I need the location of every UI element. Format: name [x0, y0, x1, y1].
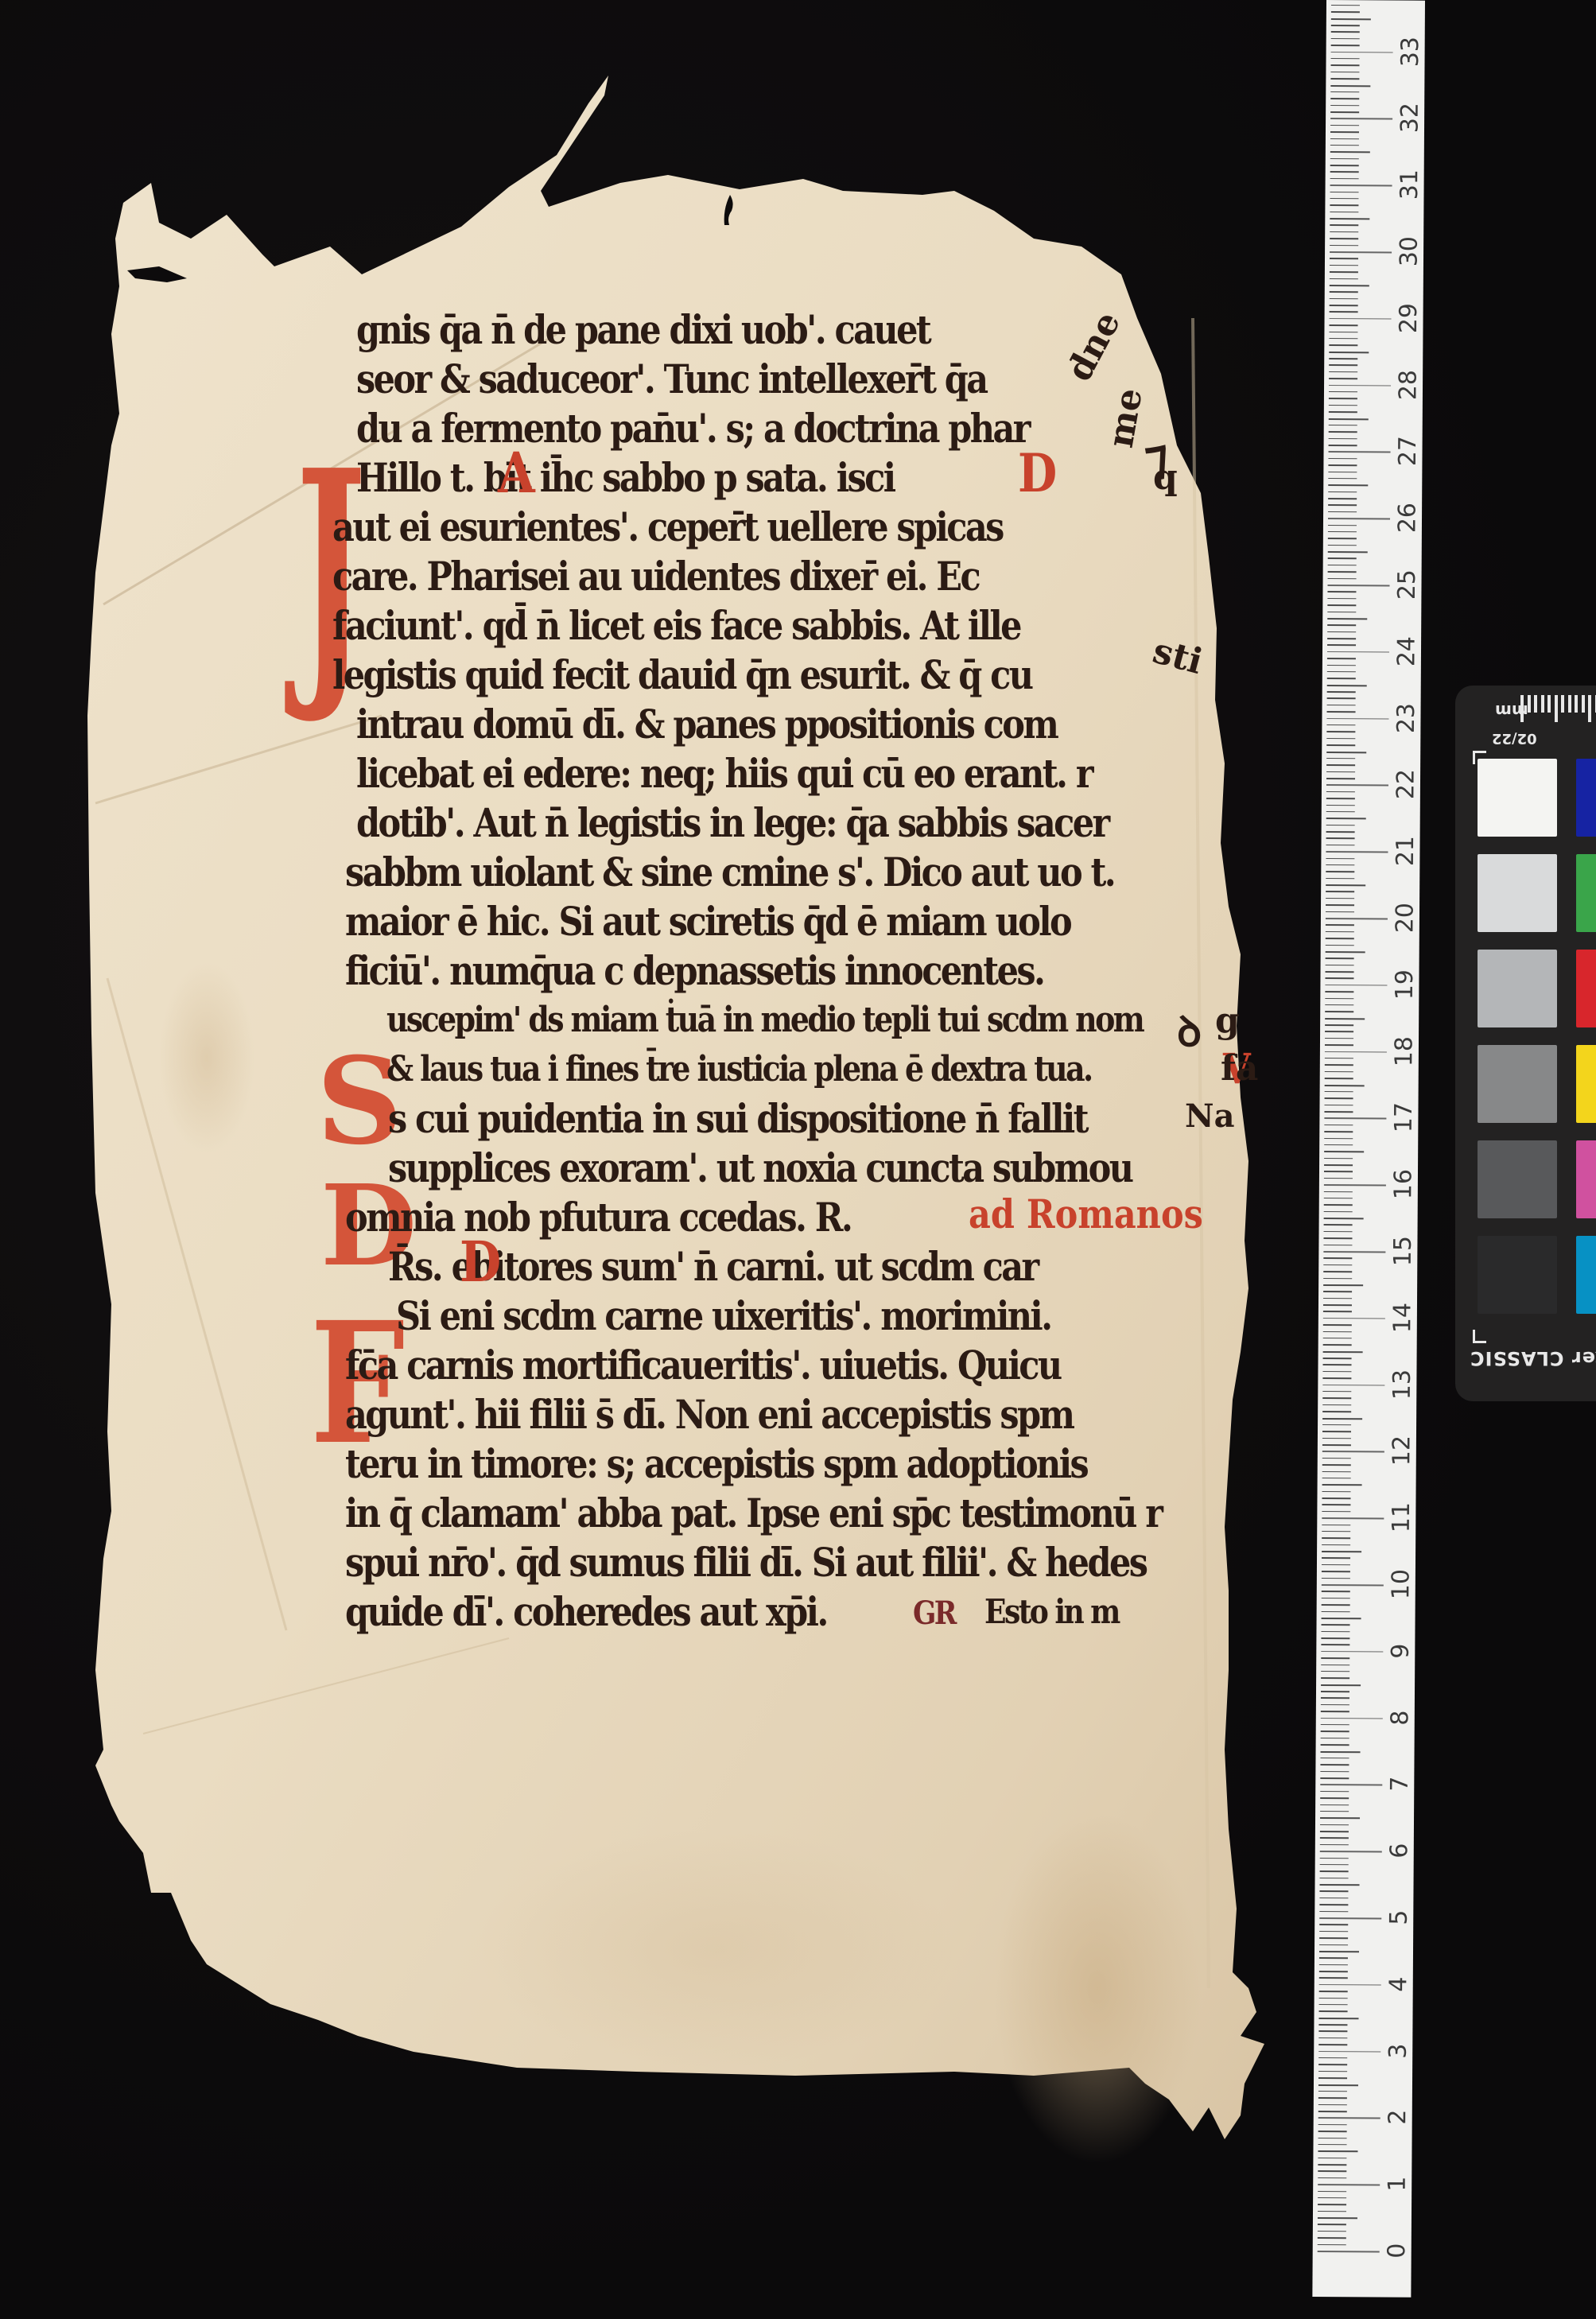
- ruler-tick: [1318, 2091, 1347, 2092]
- ruler-tick: [1322, 1584, 1384, 1586]
- ruler-tick: [1331, 11, 1360, 13]
- ruler-tick: [1319, 1971, 1348, 1972]
- text-line: intrau domū dī. & panes ppositionis com: [356, 701, 1057, 748]
- ruler-tick: [1323, 1344, 1352, 1346]
- ruler-tick: [1321, 1718, 1383, 1719]
- ruler-tick: [1326, 884, 1365, 886]
- ruler-tick: [1329, 332, 1357, 333]
- ruler-tick: [1328, 491, 1357, 493]
- ruler-tick: [1331, 52, 1393, 53]
- ruler-tick: [1326, 791, 1355, 793]
- color-patch: [1576, 1045, 1596, 1123]
- ruler-tick: [1323, 1364, 1352, 1365]
- ruler-tick: [1331, 38, 1360, 40]
- ruler-tick: [1326, 971, 1354, 973]
- text-line: legistis quid fecit dauid q̄n esurit. & …: [332, 651, 1031, 699]
- color-patch: [1576, 1140, 1596, 1218]
- ruler-tick: [1325, 1024, 1353, 1026]
- text-line: fc̄a carnis mortificaueritis'. uiuetis. …: [345, 1342, 1061, 1389]
- ruler-tick: [1323, 1278, 1352, 1280]
- manuscript-fragment: J S D F gnis q̄a n̄ de pane dixi uob'. c…: [0, 0, 1288, 2319]
- ruler-tick: [1325, 1071, 1353, 1073]
- ruler-tick: [1330, 98, 1359, 99]
- ruler-tick: [1326, 951, 1365, 953]
- ruler-tick: [1322, 1377, 1351, 1379]
- ruler-label: 19: [1391, 969, 1419, 1000]
- ruler-tick: [1331, 45, 1360, 46]
- ruler-tick: [1325, 1064, 1353, 1066]
- ruler-tick: [1324, 1117, 1386, 1119]
- ruler-tick: [1322, 1497, 1350, 1499]
- ruler-tick: [1320, 1791, 1349, 1793]
- ruler-tick: [1326, 778, 1355, 779]
- ruler-tick: [1329, 364, 1357, 366]
- ruler-label: 33: [1396, 36, 1424, 68]
- checker-batch-label: 02/22: [1492, 730, 1537, 747]
- ruler-tick: [1319, 1904, 1348, 1905]
- ruler-tick: [1330, 131, 1359, 133]
- ruler-label: 30: [1395, 235, 1423, 267]
- ruler-label: 21: [1392, 835, 1419, 867]
- ruler-label: 5: [1385, 1901, 1413, 1933]
- ruler-tick: [1326, 958, 1354, 959]
- ruler-tick: [1322, 1424, 1351, 1426]
- ruler-tick: [1318, 2064, 1347, 2065]
- text-line: maior ē hic. Si aut sciretis q̄d ē miam …: [345, 898, 1070, 946]
- ruler-tick: [1327, 598, 1356, 600]
- ruler-tick: [1319, 1924, 1348, 1925]
- ruler-tick: [1318, 2251, 1380, 2252]
- checker-mm-scale: [1520, 695, 1596, 722]
- ruler-tick: [1322, 1578, 1350, 1579]
- ruler-label: 14: [1388, 1302, 1416, 1334]
- ruler-tick: [1320, 1837, 1349, 1839]
- ruler-tick: [1330, 204, 1358, 206]
- ruler-tick: [1328, 472, 1357, 473]
- ruler-tick: [1328, 464, 1357, 466]
- ruler-tick: [1327, 685, 1367, 686]
- ruler-tick: [1321, 1744, 1349, 1746]
- ruler-tick: [1320, 1870, 1349, 1872]
- ruler-tick: [1318, 2104, 1347, 2106]
- ruler-tick: [1324, 1231, 1353, 1233]
- ruler-tick: [1318, 2217, 1357, 2219]
- ruler-tick: [1330, 245, 1358, 247]
- ruler-tick: [1328, 557, 1357, 559]
- ruler-tick: [1321, 1711, 1349, 1712]
- ruler-tick: [1329, 411, 1357, 413]
- ruler-tick: [1330, 192, 1359, 193]
- ruler-tick: [1322, 1544, 1350, 1546]
- ruler-tick: [1322, 1598, 1350, 1599]
- ruler-tick: [1319, 1890, 1348, 1892]
- ruler-tick: [1324, 1198, 1353, 1199]
- ruler-tick: [1329, 431, 1357, 433]
- ruler-tick: [1323, 1284, 1363, 1286]
- ruler-tick: [1326, 864, 1354, 866]
- ruler-label: 4: [1384, 1968, 1412, 2000]
- ruler-tick: [1330, 311, 1358, 313]
- checker-tick: [1568, 695, 1571, 713]
- ruler-tick: [1331, 58, 1360, 60]
- ruler-tick: [1322, 1404, 1351, 1406]
- ruler-tick: [1325, 1038, 1353, 1039]
- ruler-tick: [1327, 612, 1356, 613]
- ruler-tick: [1330, 225, 1358, 227]
- ruler-tick: [1328, 518, 1390, 519]
- ruler-tick: [1320, 1804, 1349, 1806]
- ruler-tick: [1321, 1631, 1349, 1633]
- ruler-tick: [1329, 391, 1357, 393]
- ruler-tick: [1325, 998, 1353, 1000]
- initial-A-abiit: A: [498, 449, 533, 497]
- text-line: faciunt'. qd̄ n̄ licet eis face sabbis. …: [332, 602, 1020, 650]
- ruler-tick: [1328, 571, 1357, 573]
- ruler-label: 26: [1393, 502, 1421, 534]
- ruler-tick: [1326, 764, 1355, 766]
- ruler-tick: [1330, 151, 1370, 153]
- ruler-tick: [1322, 1571, 1350, 1572]
- ruler-tick: [1318, 2084, 1358, 2085]
- ruler-tick: [1319, 1917, 1381, 1919]
- ruler-tick: [1330, 118, 1392, 119]
- ruler-tick: [1324, 1224, 1353, 1226]
- ruler-tick: [1328, 538, 1357, 539]
- ruler-tick: [1321, 1657, 1349, 1659]
- ruler-tick: [1318, 2191, 1346, 2193]
- ruler-tick: [1321, 1671, 1349, 1672]
- gray-patch: [1478, 1236, 1557, 1314]
- ruler-tick: [1330, 158, 1359, 160]
- checker-tick: [1534, 695, 1537, 713]
- text-line: uscepim' ds miam ṫuā in medio tepli tui …: [386, 996, 1143, 1044]
- ruler-tick: [1324, 1218, 1364, 1219]
- ruler-tick: [1331, 18, 1371, 20]
- ruler-tick: [1318, 2244, 1346, 2246]
- ruler-tick: [1326, 891, 1354, 892]
- ruler-tick: [1321, 1697, 1349, 1699]
- gray-patch: [1478, 1045, 1557, 1123]
- ruler-tick: [1319, 1951, 1359, 1952]
- ruler-tick: [1318, 2144, 1347, 2146]
- ruler-tick: [1329, 371, 1357, 373]
- ruler-tick: [1322, 1444, 1351, 1446]
- ruler-label: 10: [1387, 1568, 1415, 1600]
- margin-fragment: q: [1153, 457, 1178, 498]
- ruler-label: 24: [1392, 635, 1420, 667]
- ruler-tick: [1318, 2030, 1347, 2032]
- text-line: seor & saduceor'. Tunc intellexer̄t q̄a: [356, 355, 987, 403]
- ruler-tick: [1330, 298, 1358, 300]
- ruler-tick: [1318, 2131, 1347, 2132]
- text-line: s cui puidentia in sui dispositione n̄ f…: [388, 1095, 1087, 1143]
- text-line: & laus tua i fines t̄re iusticia plena ē…: [386, 1046, 1092, 1093]
- ruler-tick: [1326, 924, 1354, 926]
- ruler-tick: [1326, 798, 1355, 799]
- ruler-tick: [1329, 398, 1357, 399]
- ruler-tick: [1327, 638, 1356, 639]
- ruler-tick: [1327, 711, 1356, 713]
- ruler-tick: [1321, 1704, 1349, 1706]
- ruler-tick: [1324, 1191, 1353, 1193]
- ruler-tick: [1329, 324, 1357, 326]
- text-line: ficiū'. numq̄ua c depnassetis innocentes…: [345, 947, 1043, 995]
- ruler-tick: [1330, 105, 1359, 107]
- ruler-tick: [1329, 385, 1391, 386]
- ruler-tick: [1320, 1797, 1349, 1799]
- ruler-tick: [1322, 1458, 1351, 1459]
- ruler-tick: [1325, 1018, 1365, 1020]
- ruler-tick: [1328, 504, 1357, 506]
- ruler-tick: [1327, 644, 1356, 646]
- ruler-tick: [1320, 1858, 1349, 1859]
- ruler-tick: [1319, 1977, 1348, 1979]
- ruler-tick: [1322, 1591, 1350, 1592]
- ruler-tick: [1318, 2184, 1380, 2185]
- ruler-tick: [1326, 738, 1355, 740]
- ruler-tick: [1330, 251, 1392, 253]
- ruler-tick: [1322, 1464, 1351, 1466]
- ruler-tick: [1326, 845, 1355, 846]
- ruler-tick: [1325, 1085, 1365, 1086]
- text-line: teru in timore: s; accepistis spm adopti…: [345, 1440, 1087, 1488]
- ruler-tick: [1320, 1824, 1349, 1826]
- ruler-tick: [1318, 2037, 1347, 2039]
- ruler-label: 28: [1394, 369, 1422, 401]
- ruler-tick: [1330, 91, 1359, 93]
- incipit-esto-mihi: Esto in m: [984, 1588, 1119, 1636]
- ruler-tick: [1323, 1291, 1352, 1292]
- ruler-tick: [1328, 458, 1357, 460]
- ruler-tick: [1318, 2124, 1347, 2126]
- gradual-marker: GR: [913, 1590, 955, 1637]
- text-line: Si eni scdm carne uixeritis'. morimini.: [396, 1292, 1051, 1340]
- gray-patch: [1478, 854, 1557, 932]
- ruler-tick: [1318, 2117, 1380, 2119]
- ruler-tick: [1322, 1411, 1351, 1412]
- ruler-tick: [1318, 2164, 1346, 2166]
- text-line: quide dī'. coheredes aut xp̄i.: [345, 1588, 827, 1636]
- ruler-tick: [1324, 1144, 1353, 1146]
- ruler-tick: [1318, 2150, 1357, 2152]
- ruler-tick: [1325, 1031, 1353, 1032]
- ruler-tick: [1330, 285, 1369, 286]
- ruler-label: 2: [1384, 2101, 1412, 2133]
- ruler-tick: [1319, 1991, 1348, 1992]
- margin-fragment: g: [1215, 1000, 1240, 1041]
- ruler-label: 16: [1389, 1168, 1417, 1200]
- ruler-tick: [1328, 511, 1357, 513]
- ruler-tick: [1325, 1097, 1353, 1099]
- ruler-tick: [1322, 1491, 1351, 1493]
- ruler-tick: [1326, 744, 1355, 746]
- ruler-tick: [1322, 1604, 1350, 1606]
- ruler-tick: [1327, 691, 1356, 693]
- ruler-tick: [1318, 2237, 1346, 2239]
- ruler-tick: [1324, 1111, 1353, 1113]
- ruler-tick: [1330, 125, 1359, 126]
- ruler-tick: [1328, 531, 1357, 533]
- ruler-tick: [1319, 1984, 1381, 1986]
- ruler-tick: [1324, 1158, 1353, 1159]
- ruler-tick: [1324, 1211, 1353, 1213]
- ruler-tick: [1318, 2211, 1346, 2212]
- ruler-tick: [1330, 185, 1392, 186]
- ruler-tick: [1318, 2051, 1380, 2053]
- ruler-tick: [1326, 938, 1354, 939]
- ruler-tick: [1328, 551, 1368, 553]
- ruler-tick: [1320, 1811, 1349, 1812]
- color-patch: [1576, 950, 1596, 1027]
- ruler-label: 34: [1396, 0, 1424, 1]
- ruler-tick: [1326, 758, 1355, 759]
- ruler-label: 6: [1385, 1835, 1413, 1866]
- checker-tick: [1555, 695, 1558, 722]
- ruler-tick: [1330, 318, 1392, 320]
- checker-tick: [1588, 695, 1591, 722]
- ruler-tick: [1330, 64, 1359, 66]
- ruler-tick: [1329, 438, 1357, 440]
- gray-patch: [1478, 759, 1557, 837]
- ruler-tick: [1330, 85, 1370, 87]
- text-line: gnis q̄a n̄ de pane dixi uob'. cauet: [356, 306, 930, 354]
- ruler-tick: [1328, 565, 1357, 566]
- ruler-tick: [1321, 1677, 1349, 1679]
- ruler-tick: [1329, 405, 1357, 406]
- ruler-tick: [1319, 2004, 1348, 2006]
- text-line: sabbm uiolant & sine cmine s'. Dico aut …: [345, 849, 1114, 896]
- ruler-tick: [1321, 1644, 1349, 1645]
- color-patch: [1576, 854, 1596, 932]
- ruler-tick: [1324, 1164, 1353, 1166]
- ruler-tick: [1330, 238, 1358, 239]
- ruler-tick: [1329, 344, 1357, 346]
- ruler-tick: [1325, 985, 1387, 986]
- gray-patch: [1478, 1140, 1557, 1218]
- ruler-tick: [1325, 991, 1353, 992]
- ruler-tick: [1322, 1397, 1351, 1399]
- ruler-tick: [1323, 1338, 1352, 1339]
- ruler-tick: [1326, 904, 1354, 906]
- color-patch: [1576, 1236, 1596, 1314]
- ruler-tick: [1322, 1371, 1351, 1373]
- ruler-tick: [1324, 1125, 1353, 1126]
- ruler-tick: [1330, 178, 1359, 180]
- ruler-tick: [1330, 171, 1359, 173]
- ruler-tick: [1322, 1438, 1351, 1439]
- margin-fragment: Na: [1185, 1097, 1234, 1135]
- ruler-tick: [1324, 1171, 1353, 1172]
- ruler-label: 32: [1396, 102, 1423, 134]
- ruler-tick: [1322, 1624, 1350, 1626]
- text-line: licebat ei edere: neq; hiis qui cū eo er…: [356, 750, 1092, 798]
- ruler-tick: [1330, 198, 1358, 200]
- ruler-tick: [1329, 445, 1357, 446]
- ruler-tick: [1327, 604, 1356, 606]
- ruler-tick: [1318, 2077, 1347, 2079]
- initial-D-debitores: D: [460, 1238, 499, 1286]
- ruler-tick: [1323, 1351, 1363, 1353]
- ruler-tick: [1324, 1151, 1364, 1152]
- ruler-tick: [1319, 1957, 1348, 1959]
- ruler-tick: [1328, 585, 1390, 586]
- text-line: omnia nob pfutura ccedas. R.: [345, 1194, 851, 1241]
- ruler-tick: [1323, 1264, 1352, 1266]
- ruler-label: 12: [1388, 1435, 1415, 1466]
- ruler-tick: [1326, 871, 1354, 872]
- ruler-tick: [1322, 1551, 1361, 1552]
- ruler-tick: [1323, 1257, 1352, 1259]
- ruler-tick: [1319, 1911, 1348, 1913]
- ruler-tick: [1328, 578, 1357, 580]
- text-line: Hillo t. bı̄t ih̄c sabbo p sata. isci: [356, 454, 894, 502]
- checker-tick: [1547, 695, 1551, 713]
- rubric-ad-romanos: ad Romanos: [969, 1191, 1203, 1238]
- ruler-tick: [1318, 2071, 1347, 2072]
- checker-unit-label: mm: [1495, 701, 1528, 721]
- ruler-tick: [1326, 858, 1354, 860]
- ruler-tick: [1320, 1831, 1349, 1832]
- ruler-label: 17: [1390, 1101, 1418, 1133]
- ruler-tick: [1319, 2010, 1348, 2012]
- ruler-tick: [1325, 1105, 1353, 1106]
- ruler-label: 3: [1384, 2035, 1412, 2067]
- color-patch: [1576, 759, 1596, 837]
- ruler-tick: [1326, 771, 1355, 773]
- ruler-tick: [1320, 1758, 1349, 1759]
- ruler-tick: [1329, 378, 1357, 379]
- ruler-tick: [1326, 818, 1366, 819]
- color-checker-card: mm 02/22 ker CLASSIC: [1455, 686, 1596, 1401]
- ruler-tick: [1322, 1478, 1351, 1479]
- ruler-tick: [1325, 1004, 1353, 1006]
- ruler-tick: [1321, 1738, 1349, 1739]
- ruler-tick: [1327, 665, 1356, 666]
- ruler-tick: [1324, 1184, 1386, 1186]
- ruler-tick: [1322, 1611, 1350, 1613]
- ruler-tick: [1323, 1298, 1352, 1299]
- ruler-tick: [1320, 1864, 1349, 1866]
- ruler-tick: [1325, 1078, 1353, 1079]
- ruler-tick: [1330, 271, 1358, 273]
- ruler-tick: [1323, 1331, 1352, 1333]
- text-line: in q̄ clamam' abba pat. Ipse eni sp̄c te…: [345, 1490, 1161, 1537]
- ruler-tick: [1325, 1091, 1353, 1093]
- ruler-tick: [1326, 784, 1388, 786]
- text-line: dotib'. Aut n̄ legistis in lege: q̄a sab…: [356, 799, 1109, 847]
- ruler-tick: [1323, 1358, 1352, 1359]
- ruler-tick: [1323, 1251, 1385, 1253]
- ruler-tick: [1318, 2057, 1347, 2059]
- ruler-tick: [1330, 258, 1358, 259]
- ruler-tick: [1329, 451, 1391, 453]
- ruler-tick: [1323, 1245, 1352, 1246]
- text-line: supplices exoram'. ut noxia cuncta submo…: [388, 1144, 1132, 1192]
- ruler-tick: [1319, 1898, 1348, 1899]
- ruler-tick: [1330, 165, 1359, 166]
- ruler-tick: [1328, 498, 1357, 499]
- ruler-tick: [1324, 1204, 1353, 1206]
- text-line: aut ei esurientes'. ceper̄t uellere spic…: [332, 503, 1003, 551]
- ruler-tick: [1318, 2111, 1347, 2112]
- ruler-label: 1: [1384, 2168, 1412, 2200]
- ruler-tick: [1326, 831, 1355, 833]
- margin-rubric-fragment: ꝺ: [1177, 1002, 1202, 1059]
- ruler-tick: [1322, 1451, 1384, 1452]
- ruler-tick: [1327, 618, 1367, 620]
- ruler-tick: [1329, 425, 1357, 426]
- margin-fragment: fa: [1221, 1048, 1258, 1089]
